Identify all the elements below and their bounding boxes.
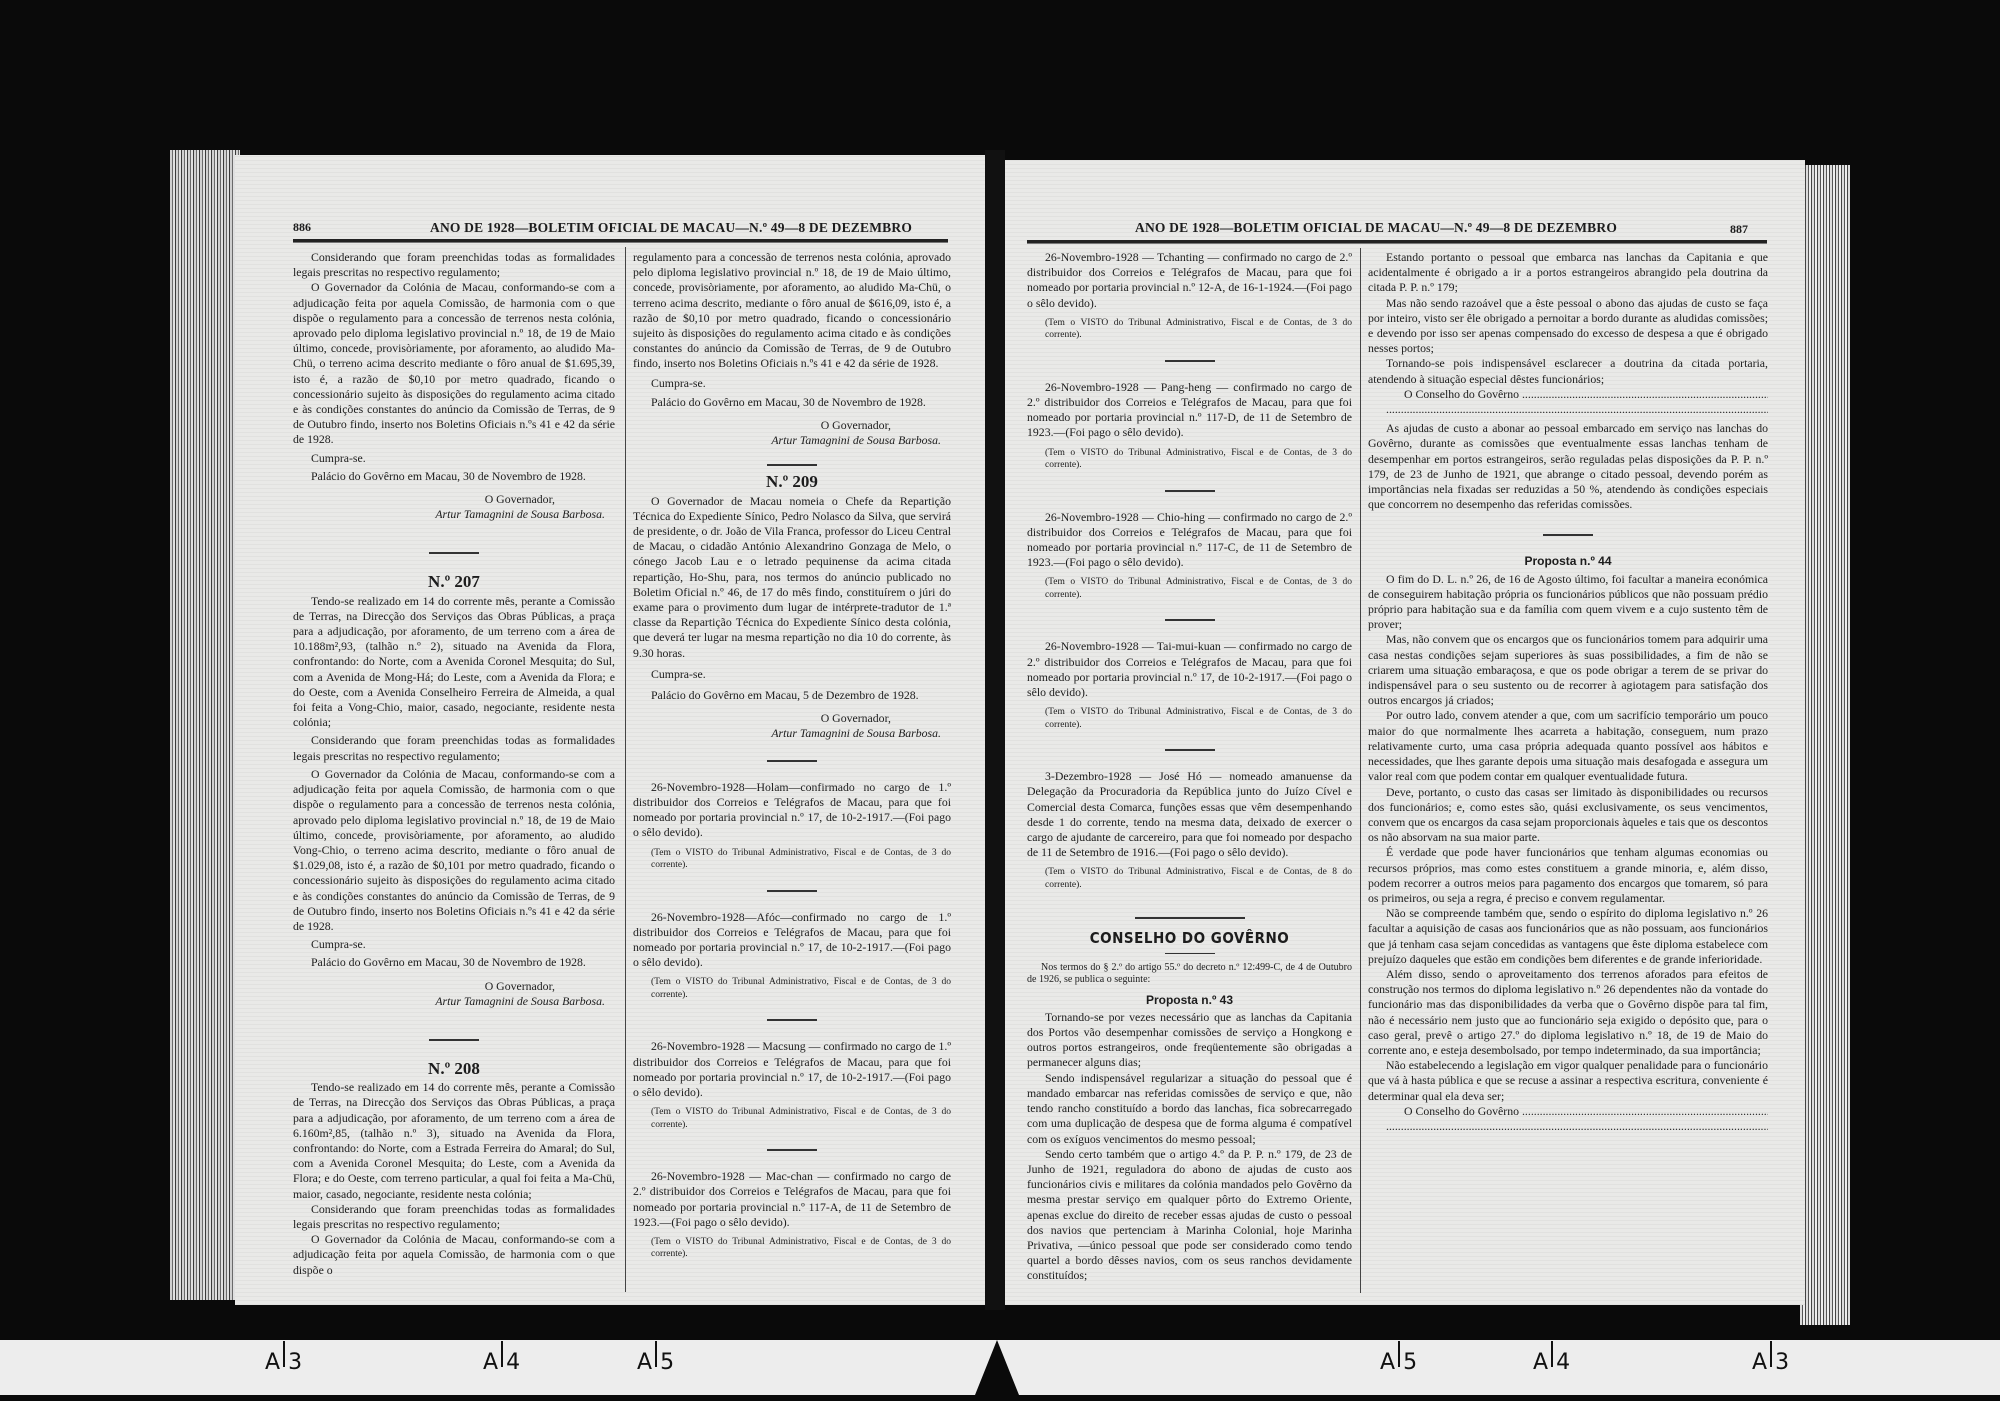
film-marker: A3 bbox=[1752, 1350, 1789, 1377]
appointment-entry: 26-Novembro-1928 — Tai-mui-kuan — confir… bbox=[1027, 639, 1352, 700]
paragraph: Considerando que foram preenchidas todas… bbox=[293, 1202, 615, 1232]
right-column-1: 26-Novembro-1928 — Tchanting — confirmad… bbox=[1027, 250, 1352, 1284]
section-number: N.º 209 bbox=[633, 474, 951, 489]
header-rule bbox=[1027, 240, 1767, 244]
page-number: 886 bbox=[293, 220, 311, 235]
paragraph: É verdade que pode haver funcionários qu… bbox=[1368, 845, 1768, 906]
paragraph: Mas não sendo razoável que a êste pessoa… bbox=[1368, 296, 1768, 357]
paragraph: O fim do D. L. n.º 26, de 16 de Agosto ú… bbox=[1368, 572, 1768, 633]
place-date: Palácio do Govêrno em Macau, 30 de Novem… bbox=[633, 395, 951, 410]
running-head: ANO DE 1928—BOLETIM OFICIAL DE MACAU—N.º… bbox=[1135, 220, 1617, 236]
paragraph: Não se compreende também que, sendo o es… bbox=[1368, 906, 1768, 967]
paragraph: Tornando-se pois indispensável esclarece… bbox=[1368, 356, 1768, 386]
heading-underline bbox=[1165, 953, 1215, 954]
signature-title: O Governador, bbox=[633, 418, 951, 433]
signature-title: O Governador, bbox=[293, 492, 615, 507]
council-resolution-line: O Conselho do Govêrno ..................… bbox=[1368, 1104, 1768, 1119]
place-date: Palácio do Govêrno em Macau, 30 de Novem… bbox=[293, 469, 615, 484]
appointment-entry: 26-Novembro-1928 — Mac-chan — confirmado… bbox=[633, 1169, 951, 1230]
paragraph: Sendo indispensável regularizar a situaç… bbox=[1027, 1071, 1352, 1147]
section-divider bbox=[429, 1039, 479, 1041]
paragraph: Por outro lado, convem atender a que, co… bbox=[1368, 708, 1768, 784]
visto-note: (Tem o VISTO do Tribunal Administrativo,… bbox=[1027, 706, 1352, 731]
page-number: 887 bbox=[1730, 222, 1748, 237]
film-marker: A4 bbox=[483, 1350, 520, 1377]
signature-title: O Governador, bbox=[633, 711, 951, 726]
film-marker: A5 bbox=[1380, 1350, 1417, 1377]
council-intro: Nos termos do § 2.º do artigo 55.º do de… bbox=[1027, 962, 1352, 987]
column-separator bbox=[1360, 248, 1361, 1293]
appointment-entry: 26-Novembro-1928 — Tchanting — confirmad… bbox=[1027, 250, 1352, 311]
council-resolution-line: O Conselho do Govêrno ..................… bbox=[1368, 387, 1768, 402]
place-date: Palácio do Govêrno em Macau, 5 de Dezemb… bbox=[633, 688, 951, 703]
paragraph: Não estabelecendo a legislação em vigor … bbox=[1368, 1058, 1768, 1104]
visto-note: (Tem o VISTO do Tribunal Administrativo,… bbox=[1027, 447, 1352, 472]
council-label: O Conselho do Govêrno bbox=[1386, 387, 1519, 401]
paragraph: O Governador de Macau nomeia o Chefe da … bbox=[633, 494, 951, 661]
appointment-entry: 3-Dezembro-1928 — José Hó — nomeado aman… bbox=[1027, 769, 1352, 860]
signature-title: O Governador, bbox=[293, 979, 615, 994]
appointment-entry: 26-Novembro-1928—Holam—confirmado no car… bbox=[633, 780, 951, 841]
paragraph: Tornando-se por vezes necessário que as … bbox=[1027, 1010, 1352, 1071]
book-edge-left bbox=[170, 150, 240, 1300]
visto-note: (Tem o VISTO do Tribunal Administrativo,… bbox=[1027, 317, 1352, 342]
section-number: N.º 208 bbox=[293, 1061, 615, 1076]
left-column-1: Considerando que foram preenchidas todas… bbox=[293, 250, 615, 1278]
column-separator bbox=[625, 247, 626, 1292]
section-divider bbox=[1543, 534, 1593, 536]
appointment-entry: 26-Novembro-1928 — Pang-heng — confirmad… bbox=[1027, 380, 1352, 441]
signature-name: Artur Tamagnini de Sousa Barbosa. bbox=[293, 507, 615, 522]
cumpra-se: Cumpra-se. bbox=[293, 451, 615, 466]
book-gutter bbox=[985, 150, 1005, 1310]
signature-name: Artur Tamagnini de Sousa Barbosa. bbox=[293, 994, 615, 1009]
running-head: ANO DE 1928—BOLETIM OFICIAL DE MACAU—N.º… bbox=[430, 220, 912, 236]
section-divider bbox=[429, 552, 479, 554]
cumpra-se: Cumpra-se. bbox=[293, 937, 615, 952]
section-divider bbox=[767, 890, 817, 892]
section-divider bbox=[767, 1019, 817, 1021]
appointment-entry: 26-Novembro-1928 — Macsung — confirmado … bbox=[633, 1039, 951, 1100]
header-rule bbox=[293, 239, 948, 243]
spine-notch bbox=[975, 1340, 1019, 1395]
paragraph: Deve, portanto, o custo das casas ser li… bbox=[1368, 785, 1768, 846]
place-date: Palácio do Govêrno em Macau, 30 de Novem… bbox=[293, 955, 615, 970]
section-divider bbox=[1135, 917, 1245, 919]
cumpra-se: Cumpra-se. bbox=[633, 376, 951, 391]
paragraph: O Governador da Colónia de Macau, confor… bbox=[293, 767, 615, 934]
paragraph: O Governador da Colónia de Macau, confor… bbox=[293, 280, 615, 447]
book-edge-right bbox=[1800, 165, 1850, 1325]
paragraph: Além disso, sendo o aproveitamento dos t… bbox=[1368, 967, 1768, 1058]
dotted-line: ........................................… bbox=[1368, 1119, 1768, 1134]
dotted-line: ........................................… bbox=[1368, 402, 1768, 417]
proposal-heading: Proposta n.º 44 bbox=[1368, 554, 1768, 569]
appointment-entry: 26-Novembro-1928—Afóc—confirmado no carg… bbox=[633, 910, 951, 971]
paragraph: O Governador da Colónia de Macau, confor… bbox=[293, 1232, 615, 1278]
film-marker: A4 bbox=[1533, 1350, 1570, 1377]
section-divider bbox=[767, 760, 817, 762]
paragraph: Tendo-se realizado em 14 do corrente mês… bbox=[293, 1080, 615, 1202]
paragraph: regulamento para a concessão de terrenos… bbox=[633, 250, 951, 372]
section-number: N.º 207 bbox=[293, 574, 615, 589]
section-divider bbox=[767, 1149, 817, 1151]
film-marker: A3 bbox=[265, 1350, 302, 1377]
visto-note: (Tem o VISTO do Tribunal Administrativo,… bbox=[633, 1106, 951, 1131]
section-divider bbox=[1165, 749, 1215, 751]
proposal-heading: Proposta n.º 43 bbox=[1027, 993, 1352, 1008]
appointment-entry: 26-Novembro-1928 — Chio-hing — confirmad… bbox=[1027, 510, 1352, 571]
section-divider bbox=[1165, 619, 1215, 621]
visto-note: (Tem o VISTO do Tribunal Administrativo,… bbox=[1027, 866, 1352, 891]
left-page: 886 ANO DE 1928—BOLETIM OFICIAL DE MACAU… bbox=[235, 155, 985, 1305]
signature-name: Artur Tamagnini de Sousa Barbosa. bbox=[633, 433, 951, 448]
right-page: ANO DE 1928—BOLETIM OFICIAL DE MACAU—N.º… bbox=[1005, 160, 1805, 1305]
visto-note: (Tem o VISTO do Tribunal Administrativo,… bbox=[1027, 576, 1352, 601]
left-column-2: regulamento para a concessão de terrenos… bbox=[633, 250, 951, 1267]
council-label: O Conselho do Govêrno bbox=[1386, 1104, 1519, 1118]
paragraph: Mas, não convem que os encargos que os f… bbox=[1368, 632, 1768, 708]
council-heading: CONSELHO DO GOVÊRNO bbox=[1027, 931, 1352, 946]
film-marker: A5 bbox=[637, 1350, 674, 1377]
paragraph: As ajudas de custo a abonar ao pessoal e… bbox=[1368, 421, 1768, 512]
section-divider bbox=[767, 464, 817, 466]
visto-note: (Tem o VISTO do Tribunal Administrativo,… bbox=[633, 976, 951, 1001]
paragraph: Considerando que foram preenchidas todas… bbox=[293, 250, 615, 280]
right-column-2: Estando portanto o pessoal que embarca n… bbox=[1368, 250, 1768, 1134]
paragraph: Estando portanto o pessoal que embarca n… bbox=[1368, 250, 1768, 296]
paragraph: Sendo certo também que o artigo 4.º da P… bbox=[1027, 1147, 1352, 1284]
section-divider bbox=[1165, 360, 1215, 362]
cumpra-se: Cumpra-se. bbox=[633, 667, 951, 682]
paragraph: Tendo-se realizado em 14 do corrente mês… bbox=[293, 594, 615, 731]
section-divider bbox=[1165, 490, 1215, 492]
signature-name: Artur Tamagnini de Sousa Barbosa. bbox=[633, 726, 951, 741]
visto-note: (Tem o VISTO do Tribunal Administrativo,… bbox=[633, 847, 951, 872]
visto-note: (Tem o VISTO do Tribunal Administrativo,… bbox=[633, 1236, 951, 1261]
paragraph: Considerando que foram preenchidas todas… bbox=[293, 733, 615, 763]
